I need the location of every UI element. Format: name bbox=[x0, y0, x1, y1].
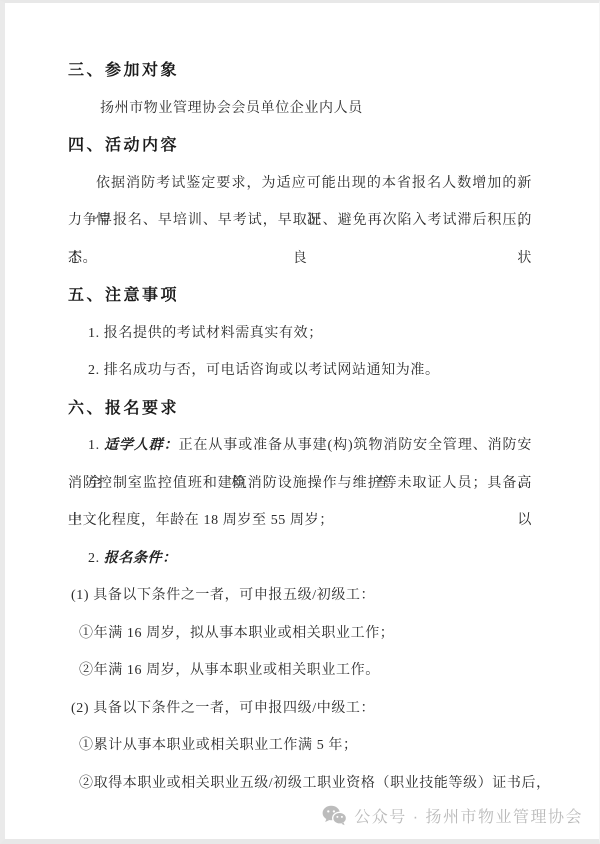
text-run: ②年满 16 周岁，从事本职业或相关职业工作。 bbox=[79, 663, 380, 678]
text-run: 2. 排名成功与否，可电话咨询或以考试网站通知为准。 bbox=[88, 363, 440, 378]
target-group-line-1: 1. 适学人群：正在从事或准备从事建(构)筑物消防安全管理、消防安全检查、 bbox=[68, 427, 532, 465]
target-group-line-2: 消防控制室监控值班和建筑消防设施操作与维护等未取证人员；具备高中以 bbox=[68, 465, 532, 503]
text-run: ①累计从事本职业或相关职业工作满 5 年； bbox=[79, 738, 358, 753]
condition-1-1: ①年满 16 周岁，拟从事本职业或相关职业工作； bbox=[68, 615, 532, 653]
text-run: 扬州市物业管理协会会员单位企业内人员 bbox=[100, 101, 363, 116]
wechat-icon bbox=[322, 805, 347, 826]
document-page: 三、参加对象扬州市物业管理协会会员单位企业内人员四、活动内容依据消防考试鉴定要求… bbox=[0, 0, 600, 844]
text-run: 1. 报名提供的考试材料需真实有效； bbox=[88, 326, 323, 341]
text-run: (2) 具备以下条件之一者，可申报四级/中级工： bbox=[71, 701, 375, 716]
emphasized-run: 适学人群： bbox=[104, 438, 178, 453]
emphasized-run: 报名条件： bbox=[104, 551, 177, 566]
condition-group-1: (1) 具备以下条件之一者，可申报五级/初级工： bbox=[68, 577, 532, 615]
text-run: 态。 bbox=[68, 251, 97, 266]
watermark-label: 公众号 · 扬州市物业管理协会 bbox=[354, 804, 583, 827]
activity-line-2: 力争早报名、早培训、早考试，早取证、避免再次陷入考试滞后积压的不良状 bbox=[68, 202, 532, 240]
text-run: 五、注意事项 bbox=[68, 287, 179, 304]
text-run: 六、报名要求 bbox=[68, 400, 179, 417]
text-run: 三、参加对象 bbox=[68, 62, 179, 79]
condition-2-1: ①累计从事本职业或相关职业工作满 5 年； bbox=[68, 727, 532, 765]
activity-line-1: 依据消防考试鉴定要求，为适应可能出现的本省报名人数增加的新情况， bbox=[68, 165, 532, 203]
conditions-label: 2. 报名条件： bbox=[68, 540, 532, 578]
text-run: 上文化程度，年龄在 18 周岁至 55 周岁； bbox=[68, 513, 334, 528]
note-item-1: 1. 报名提供的考试材料需真实有效； bbox=[68, 315, 532, 353]
section-heading-3: 三、参加对象 bbox=[68, 52, 532, 90]
text-run: 2. bbox=[88, 551, 104, 566]
text-run: 四、活动内容 bbox=[68, 137, 179, 154]
text-run: ①年满 16 周岁，拟从事本职业或相关职业工作； bbox=[79, 626, 394, 641]
note-item-2: 2. 排名成功与否，可电话咨询或以考试网站通知为准。 bbox=[68, 352, 532, 390]
text-run: 1. bbox=[88, 438, 104, 453]
section-heading-6: 六、报名要求 bbox=[68, 390, 532, 428]
text-run: 力争早报名、早培训、早考试，早取证、避免再次陷入考试滞后积压的不良状 bbox=[68, 213, 532, 266]
text-run: ②取得本职业或相关职业五级/初级工职业资格（职业技能等级）证书后， bbox=[79, 776, 551, 791]
participants-text: 扬州市物业管理协会会员单位企业内人员 bbox=[68, 90, 532, 128]
condition-1-2: ②年满 16 周岁，从事本职业或相关职业工作。 bbox=[68, 652, 532, 690]
condition-2-2: ②取得本职业或相关职业五级/初级工职业资格（职业技能等级）证书后， bbox=[68, 765, 532, 803]
condition-group-2: (2) 具备以下条件之一者，可申报四级/中级工： bbox=[68, 690, 532, 728]
document-body: 三、参加对象扬州市物业管理协会会员单位企业内人员四、活动内容依据消防考试鉴定要求… bbox=[5, 3, 599, 802]
section-heading-4: 四、活动内容 bbox=[68, 127, 532, 165]
watermark-footer: 公众号 · 扬州市物业管理协会 bbox=[322, 804, 583, 827]
text-run: (1) 具备以下条件之一者，可申报五级/初级工： bbox=[71, 588, 375, 603]
section-heading-5: 五、注意事项 bbox=[68, 277, 532, 315]
